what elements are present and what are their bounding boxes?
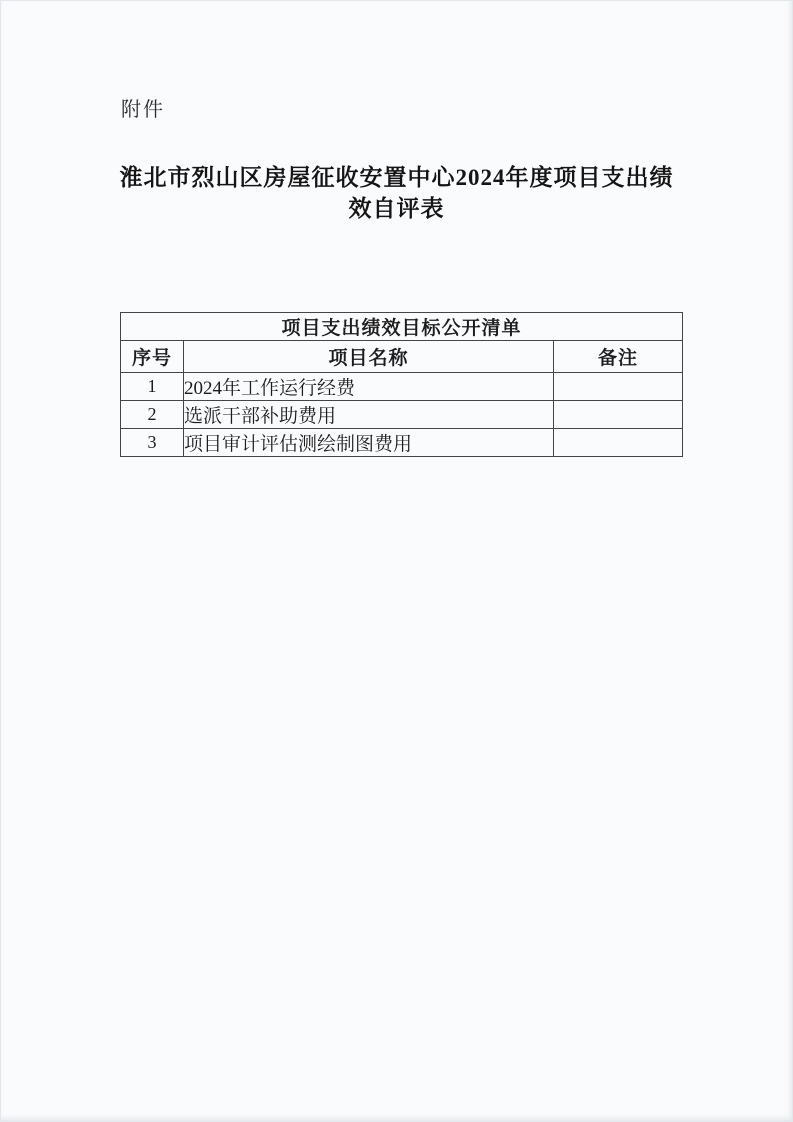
document-title-line2: 效自评表 (349, 196, 445, 221)
document-title: 淮北市烈山区房屋征收安置中心2024年度项目支出绩 效自评表 (60, 162, 733, 224)
project-note (554, 401, 683, 429)
project-name: 选派干部补助费用 (184, 401, 554, 429)
project-note (554, 429, 683, 457)
row-number: 3 (121, 429, 184, 457)
document-page: 附件 淮北市烈山区房屋征收安置中心2024年度项目支出绩 效自评表 项目支出绩效… (0, 0, 793, 1122)
project-name: 项目审计评估测绘制图费用 (184, 429, 554, 457)
table-row: 2 选派干部补助费用 (121, 401, 683, 429)
row-number: 2 (121, 401, 184, 429)
project-name: 2024年工作运行经费 (184, 373, 554, 401)
table-row: 1 2024年工作运行经费 (121, 373, 683, 401)
column-header-project-name: 项目名称 (184, 341, 554, 373)
table-caption-row: 项目支出绩效目标公开清单 (121, 313, 683, 341)
column-header-no: 序号 (121, 341, 184, 373)
table-caption: 项目支出绩效目标公开清单 (121, 313, 683, 341)
performance-target-table: 项目支出绩效目标公开清单 序号 项目名称 备注 1 2024年工作运行经费 2 … (120, 312, 683, 457)
table-row: 3 项目审计评估测绘制图费用 (121, 429, 683, 457)
row-number: 1 (121, 373, 184, 401)
project-note (554, 373, 683, 401)
column-header-note: 备注 (554, 341, 683, 373)
document-title-line1: 淮北市烈山区房屋征收安置中心2024年度项目支出绩 (120, 165, 674, 190)
table-header-row: 序号 项目名称 备注 (121, 341, 683, 373)
attachment-label: 附件 (121, 93, 165, 122)
